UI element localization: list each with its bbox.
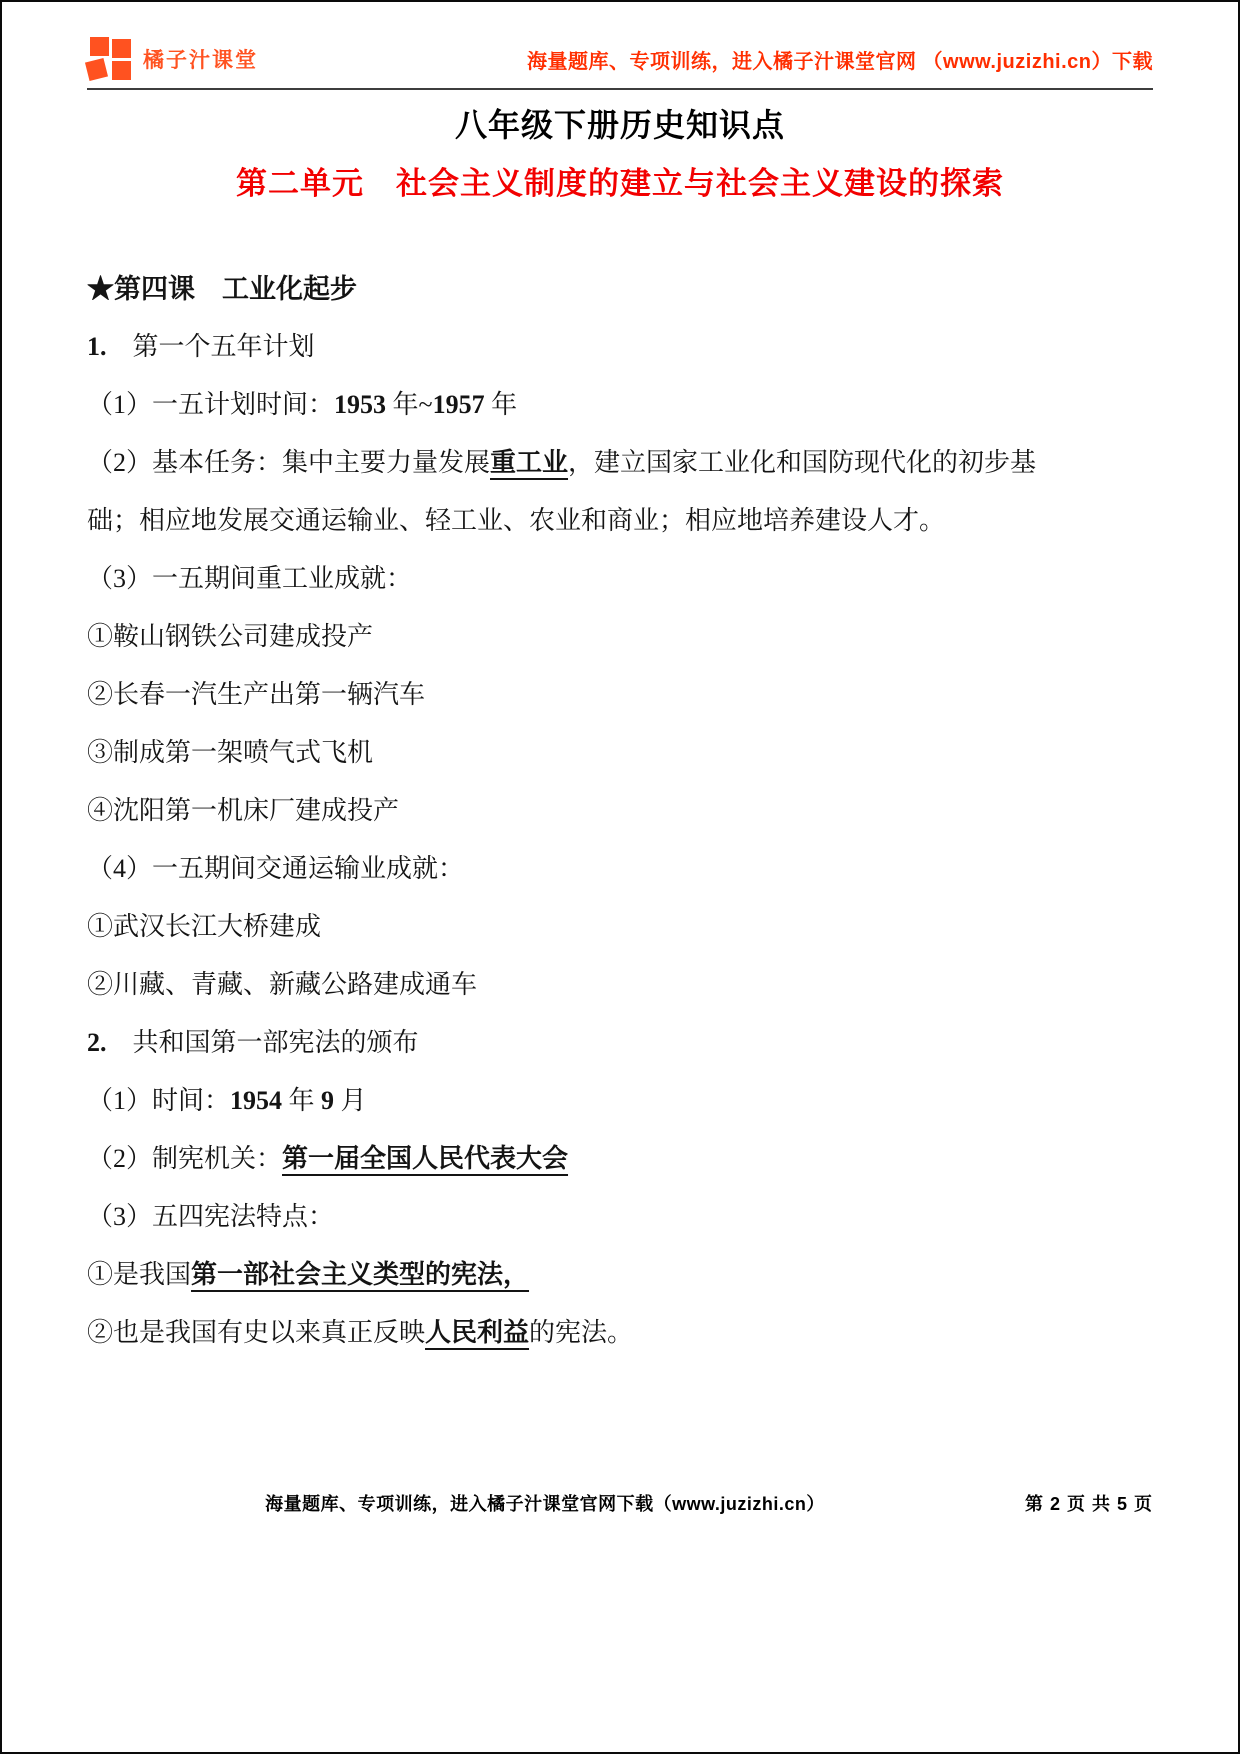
text-line: ③制成第一架喷气式飞机 <box>87 724 1153 782</box>
text-segment: 第一届全国人民代表大会 <box>282 1144 568 1173</box>
text-segment: ，建立国家工业化和国防现代化的初步基 <box>568 448 1036 477</box>
logo-square <box>85 58 108 81</box>
text-line: 础；相应地发展交通运输业、轻工业、农业和商业；相应地培养建设人才。 <box>87 492 1153 550</box>
text-line: ②川藏、青藏、新藏公路建成通车 <box>87 956 1153 1014</box>
text-segment: ①鞍山钢铁公司建成投产 <box>87 622 373 651</box>
text-segment: 1. <box>87 332 107 361</box>
text-line: 1. 第一个五年计划 <box>87 318 1153 376</box>
text-segment: 第一个五年计划 <box>107 332 315 361</box>
header-promo-text: 海量题库、专项训练，进入橘子汁课堂官网 （www.juzizhi.cn）下载 <box>527 45 1153 74</box>
text-segment: （3）五四宪法特点： <box>87 1202 334 1231</box>
text-segment: （3）一五期间重工业成就： <box>87 564 412 593</box>
text-line: ★第四课 工业化起步 <box>87 260 1153 318</box>
text-segment: ★第四课 工业化起步 <box>87 274 357 304</box>
text-segment: ②也是我国有史以来真正反映 <box>87 1318 425 1347</box>
page-header: 橘子汁课堂 海量题库、专项训练，进入橘子汁课堂官网 （www.juzizhi.c… <box>87 30 1153 90</box>
text-segment: ③制成第一架喷气式飞机 <box>87 738 373 767</box>
text-line: （2）制宪机关：第一届全国人民代表大会 <box>87 1130 1153 1188</box>
text-segment: （4）一五期间交通运输业成就： <box>87 854 464 883</box>
text-segment: （1）时间： <box>87 1086 230 1115</box>
text-segment: ①是我国 <box>87 1260 191 1289</box>
text-segment: 重工业 <box>490 448 568 477</box>
logo-square <box>112 61 131 80</box>
four-squares-logo-icon <box>87 36 133 82</box>
document-page: 橘子汁课堂 海量题库、专项训练，进入橘子汁课堂官网 （www.juzizhi.c… <box>0 0 1240 1754</box>
text-line: （1）一五计划时间：1953 年~1957 年 <box>87 376 1153 434</box>
text-line: ④沈阳第一机床厂建成投产 <box>87 782 1153 840</box>
text-line: （4）一五期间交通运输业成就： <box>87 840 1153 898</box>
text-line: ①武汉长江大桥建成 <box>87 898 1153 956</box>
text-segment: 共和国第一部宪法的颁布 <box>107 1028 419 1057</box>
brand-logo: 橘子汁课堂 <box>87 36 258 82</box>
text-segment: 的宪法。 <box>529 1318 633 1347</box>
text-segment: 1957 <box>433 390 485 419</box>
footer-promo-text: 海量题库、专项训练，进入橘子汁课堂官网下载（www.juzizhi.cn） <box>87 1490 1003 1516</box>
text-segment: 年 <box>485 390 518 419</box>
logo-square <box>112 39 131 58</box>
text-segment: 月 <box>334 1086 367 1115</box>
document-title: 八年级下册历史知识点 <box>2 100 1238 146</box>
text-line: （3）一五期间重工业成就： <box>87 550 1153 608</box>
text-line: ①是我国第一部社会主义类型的宪法， <box>87 1246 1153 1304</box>
text-line: ①鞍山钢铁公司建成投产 <box>87 608 1153 666</box>
text-segment: 础；相应地发展交通运输业、轻工业、农业和商业；相应地培养建设人才。 <box>87 506 945 535</box>
text-segment: （2）制宪机关： <box>87 1144 282 1173</box>
body-lines: ★第四课 工业化起步1. 第一个五年计划（1）一五计划时间：1953 年~195… <box>87 260 1153 1362</box>
text-segment: ②长春一汽生产出第一辆汽车 <box>87 680 425 709</box>
text-line: 2. 共和国第一部宪法的颁布 <box>87 1014 1153 1072</box>
text-segment: 第一部社会主义类型的宪法， <box>191 1260 529 1289</box>
text-segment: ①武汉长江大桥建成 <box>87 912 321 941</box>
text-segment: （1）一五计划时间： <box>87 390 334 419</box>
text-segment: 年~ <box>386 390 433 419</box>
page-footer: 海量题库、专项训练，进入橘子汁课堂官网下载（www.juzizhi.cn） 第 … <box>87 1490 1153 1520</box>
text-line: （3）五四宪法特点： <box>87 1188 1153 1246</box>
text-segment: 1953 <box>334 390 386 419</box>
text-line: ②也是我国有史以来真正反映人民利益的宪法。 <box>87 1304 1153 1362</box>
text-segment: 1954 <box>230 1086 282 1115</box>
text-line: ②长春一汽生产出第一辆汽车 <box>87 666 1153 724</box>
text-segment: 9 <box>321 1086 334 1115</box>
text-segment: ②川藏、青藏、新藏公路建成通车 <box>87 970 477 999</box>
text-segment: 年 <box>282 1086 321 1115</box>
text-segment: 2. <box>87 1028 107 1057</box>
text-line: （1）时间：1954 年 9 月 <box>87 1072 1153 1130</box>
brand-name: 橘子汁课堂 <box>143 44 258 74</box>
page-number: 第 2 页 共 5 页 <box>1025 1490 1153 1516</box>
text-segment: （2）基本任务：集中主要力量发展 <box>87 448 490 477</box>
text-segment: ④沈阳第一机床厂建成投产 <box>87 796 399 825</box>
text-line: （2）基本任务：集中主要力量发展重工业，建立国家工业化和国防现代化的初步基 <box>87 434 1153 492</box>
text-segment: 人民利益 <box>425 1318 529 1347</box>
unit-title: 第二单元 社会主义制度的建立与社会主义建设的探索 <box>2 158 1238 203</box>
logo-square <box>90 37 109 56</box>
